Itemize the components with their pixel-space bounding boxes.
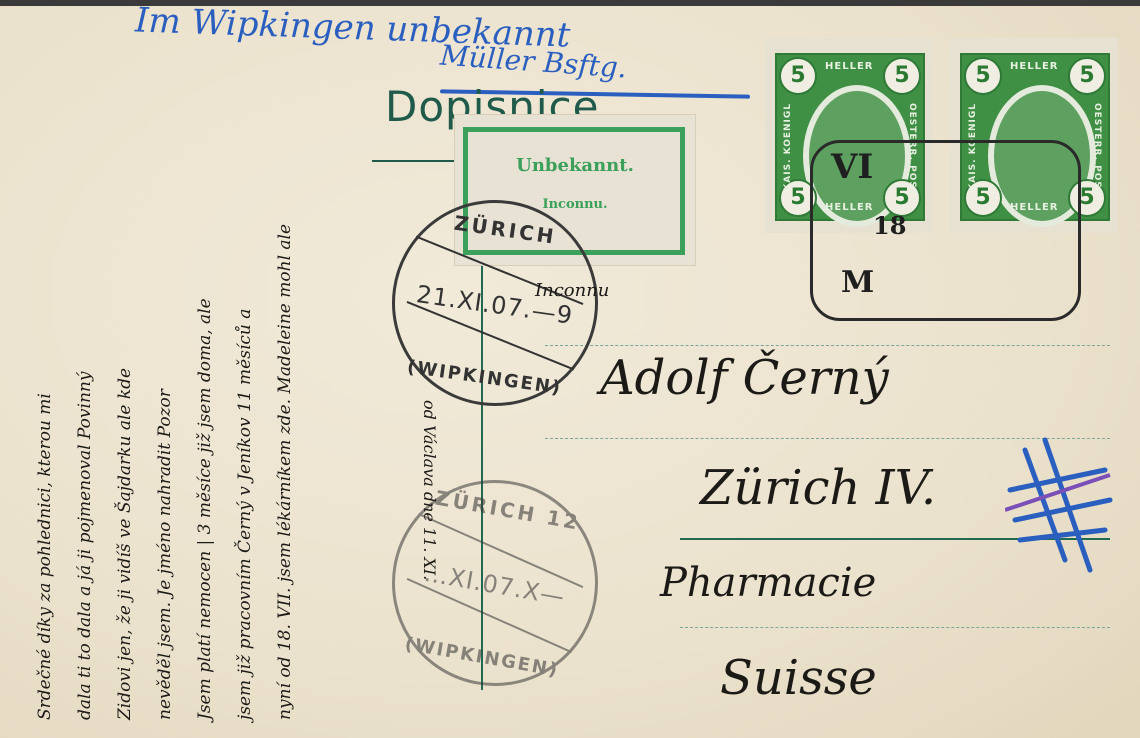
address-line-3: Pharmacie [660,560,876,606]
postmark-district: (WIPKINGEN) [382,630,583,685]
stamp-value: 5 [779,57,817,95]
box-cancellation: VI 18 M [810,140,1081,321]
message-side-note: od Václava dne 11. XI. [420,400,439,580]
stamp-value: 5 [883,57,921,95]
message-column: Zidovi jen, že ji vidíš ve Šajdarku ale … [105,30,145,720]
stamp-top-text: HELLER [1010,61,1058,72]
message-column: jsem již pracovním Černý v Jeníkov 11 mě… [225,30,265,720]
postcard: Im Wipkingen unbekannt Müller Bsftg. Dop… [0,0,1140,738]
annotation-line-2: Müller Bsftg. [439,39,628,85]
cancel-fragment: M [841,265,874,300]
address-line [680,627,1110,628]
address-city: Zürich IV. [700,460,936,516]
message-column: nyní od 18. VII. jsem lékárníkem zde. Ma… [265,30,305,720]
message-text: Srdečné díky za pohlednici, kterou mi da… [25,30,375,720]
address-line [545,345,1110,346]
pencil-scribble [1005,430,1115,580]
cancel-fragment: 18 [873,211,906,240]
message-column: Jsem platí nemocen | 3 měsíce již jsem d… [185,30,225,720]
stamp-left-text: KAIS. KOENIGL [783,103,793,191]
cancel-fragment: VI [831,147,873,187]
stamp-top-text: HELLER [825,61,873,72]
stamp-right-text: OESTERR. POST [1092,103,1102,196]
stamp-value: 5 [1068,57,1106,95]
address-name: Adolf Černý [600,350,889,406]
address-country: Suisse [720,650,877,706]
postmark: ZÜRICH 12 …XI.07.X— (WIPKINGEN) [376,464,615,703]
label-german: Unbekannt. [455,155,695,176]
handwritten-note: Inconnu [535,280,609,301]
message-column: nevěděl jsem. Je jméno nahradit Pozor [145,30,185,720]
message-column: dala ti to dala a já ji pojmenoval Povin… [65,30,105,720]
message-column: Srdečné díky za pohlednici, kterou mi [25,30,65,720]
stamp-value: 5 [964,57,1002,95]
